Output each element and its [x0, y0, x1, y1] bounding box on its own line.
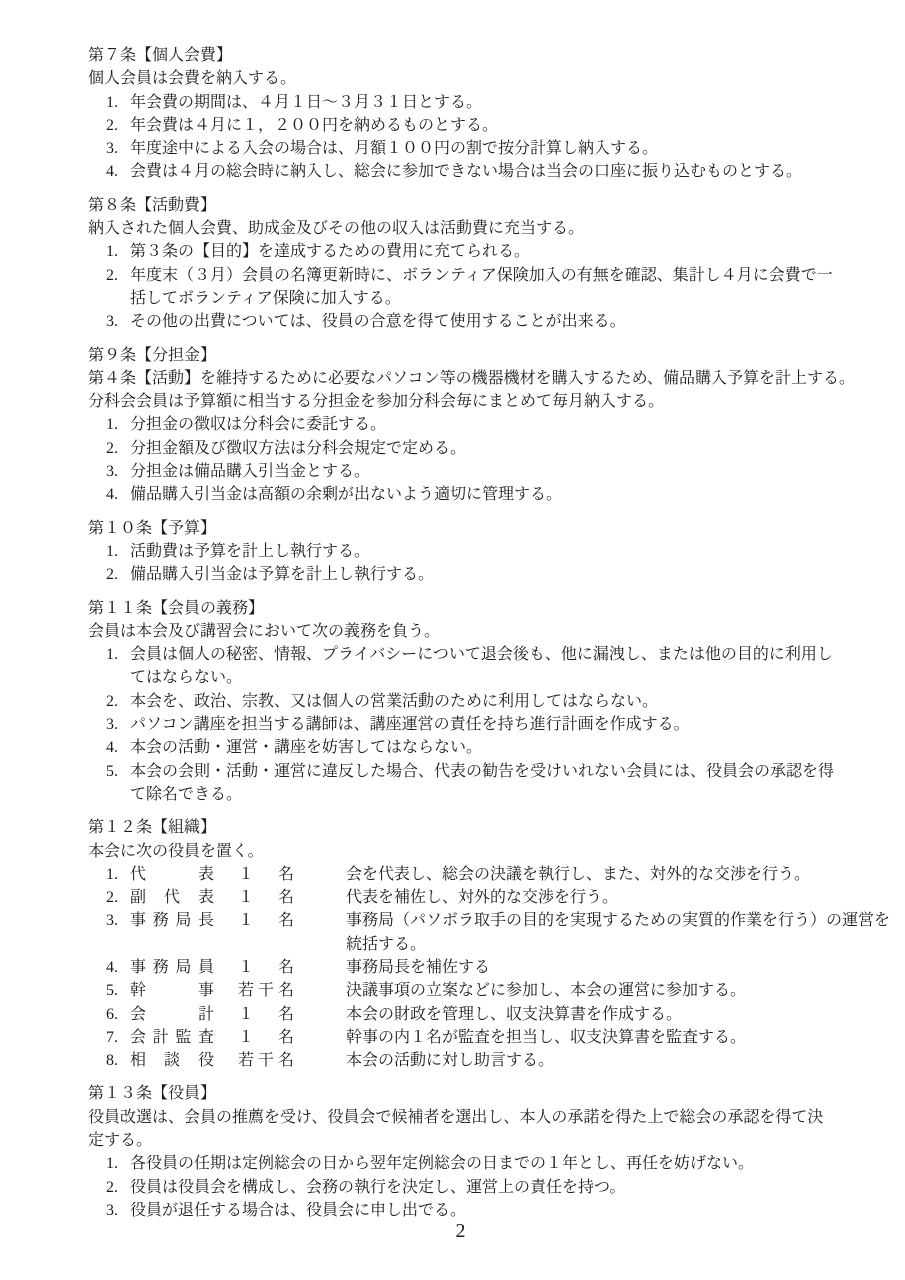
list-item: 2.役員は役員会を構成し、会務の執行を決定し、運営上の責任を持つ。 [88, 1176, 885, 1199]
item-number: 2. [106, 690, 130, 713]
item-text-line: 分担金額及び徴収方法は分科会規定で定める。 [130, 437, 885, 460]
role-count: １名 [238, 886, 294, 909]
list-item: 2.年度末（３月）会員の名簿更新時に、ボランティア保険加入の有無を確認、集計し４… [88, 264, 885, 311]
item-text-line: て除名できる。 [130, 783, 885, 806]
item-text-line: 備品購入引当金は予算を計上し執行する。 [130, 563, 885, 586]
item-number: 5. [106, 760, 130, 807]
list-item: 1.会員は個人の秘密、情報、プライバシーについて退会後も、他に漏洩し、または他の… [88, 643, 885, 690]
item-number: 1. [106, 240, 130, 263]
role-row: 3.事務局長１名事務局（パソボラ取手の目的を実現するための実質的作業を行う）の運… [88, 909, 885, 956]
item-body: 役員は役員会を構成し、会務の執行を決定し、運営上の責任を持つ。 [130, 1176, 885, 1199]
item-text-line: 本会を、政治、宗教、又は個人の営業活動のために利用してはならない。 [130, 690, 885, 713]
role-title: 事務局員 [130, 956, 214, 979]
role-row: 4.事務局員１名事務局長を補佐する [88, 956, 885, 979]
item-number: 1. [106, 863, 130, 886]
item-number: 4. [106, 956, 130, 979]
item-body: 本会の活動・運営・講座を妨害してはならない。 [130, 736, 885, 759]
item-text-line: パソコン講座を担当する講師は、講座運営の責任を持ち進行計画を作成する。 [130, 713, 885, 736]
article: 第１０条【予算】1.活動費は予算を計上し執行する。2.備品購入引当金は予算を計上… [88, 517, 885, 587]
role-count: １名 [238, 1003, 294, 1026]
item-body: 会費は４月の総会時に納入し、総会に参加できない場合は当会の口座に振り込むものとす… [130, 160, 885, 183]
item-text-line: 会費は４月の総会時に納入し、総会に参加できない場合は当会の口座に振り込むものとす… [130, 160, 885, 183]
role-row: 1.代表１名会を代表し、総会の決議を執行し、また、対外的な交渉を行う。 [88, 863, 885, 886]
article-heading: 第９条【分担金】 [88, 344, 885, 367]
article: 第１２条【組織】本会に次の役員を置く。1.代表１名会を代表し、総会の決議を執行し… [88, 816, 885, 1072]
item-text-line: 年会費は４月に１，２００円を納めるものとする。 [130, 114, 885, 137]
article: 第８条【活動費】納入された個人会費、助成金及びその他の収入は活動費に充当する。1… [88, 194, 885, 334]
article-intro-line: 会員は本会及び講習会において次の義務を負う。 [88, 620, 885, 643]
list-item: 3.その他の出費については、役員の合意を得て使用することが出来る。 [88, 310, 885, 333]
item-text-line: 備品購入引当金は高額の余剰が出ないよう適切に管理する。 [130, 483, 885, 506]
item-body: 年度途中による入会の場合は、月額１００円の割で按分計算し納入する。 [130, 137, 885, 160]
role-description: 事務局長を補佐する [346, 956, 885, 979]
item-number: 1. [106, 413, 130, 436]
role-title: 相談役 [130, 1049, 214, 1072]
item-text-line: その他の出費については、役員の合意を得て使用することが出来る。 [130, 310, 885, 333]
role-description-line: 本会の活動に対し助言する。 [346, 1049, 885, 1072]
item-text-line: 分担金の徴収は分科会に委託する。 [130, 413, 885, 436]
item-text-line: 本会の会則・活動・運営に違反した場合、代表の勧告を受けいれない会員には、役員会の… [130, 760, 885, 783]
role-title: 幹事 [130, 979, 214, 1002]
article-intro-line: 個人会員は会費を納入する。 [88, 67, 885, 90]
role-description-line: 統括する。 [346, 933, 885, 956]
role-description: 決議事項の立案などに参加し、本会の運営に参加する。 [346, 979, 885, 1002]
item-body: 備品購入引当金は予算を計上し執行する。 [130, 563, 885, 586]
role-count: １名 [238, 956, 294, 979]
role-count: １名 [238, 1026, 294, 1049]
article-intro-line: 納入された個人会費、助成金及びその他の収入は活動費に充当する。 [88, 217, 885, 240]
role-title: 副代表 [130, 886, 214, 909]
role-title: 会計監査 [130, 1026, 214, 1049]
role-count: １名 [238, 909, 294, 956]
item-body: 分担金の徴収は分科会に委託する。 [130, 413, 885, 436]
article-heading: 第７条【個人会費】 [88, 44, 885, 67]
item-number: 2. [106, 1176, 130, 1199]
role-row: 2.副代表１名代表を補佐し、対外的な交渉を行う。 [88, 886, 885, 909]
role-description-line: 事務局長を補佐する [346, 956, 885, 979]
item-number: 3. [106, 460, 130, 483]
item-body: 年会費は４月に１，２００円を納めるものとする。 [130, 114, 885, 137]
item-body: 会員は個人の秘密、情報、プライバシーについて退会後も、他に漏洩し、または他の目的… [130, 643, 885, 690]
list-item: 2.備品購入引当金は予算を計上し執行する。 [88, 563, 885, 586]
item-number: 4. [106, 483, 130, 506]
item-number: 1. [106, 91, 130, 114]
role-title: 事務局長 [130, 909, 214, 956]
list-item: 2.本会を、政治、宗教、又は個人の営業活動のために利用してはならない。 [88, 690, 885, 713]
articles-container: 第７条【個人会費】個人会員は会費を納入する。1.年会費の期間は、４月１日～３月３… [88, 44, 885, 1222]
item-text-line: てはならない。 [130, 666, 885, 689]
item-number: 3. [106, 137, 130, 160]
item-number: 1. [106, 1152, 130, 1175]
item-number: 2. [106, 264, 130, 311]
article: 第９条【分担金】第４条【活動】を維持するために必要なパソコン等の機器機材を購入す… [88, 344, 885, 507]
role-description: 幹事の内１名が監査を担当し、収支決算書を監査する。 [346, 1026, 885, 1049]
list-item: 3.パソコン講座を担当する講師は、講座運営の責任を持ち進行計画を作成する。 [88, 713, 885, 736]
item-body: 本会を、政治、宗教、又は個人の営業活動のために利用してはならない。 [130, 690, 885, 713]
role-row: 8.相談役若干名本会の活動に対し助言する。 [88, 1049, 885, 1072]
role-description-line: 決議事項の立案などに参加し、本会の運営に参加する。 [346, 979, 885, 1002]
item-text-line: 第３条の【目的】を達成するための費用に充てられる。 [130, 240, 885, 263]
item-text-line: 各役員の任期は定例総会の日から翌年定例総会の日までの１年とし、再任を妨げない。 [130, 1152, 885, 1175]
item-text-line: 分担金は備品購入引当金とする。 [130, 460, 885, 483]
role-description: 本会の活動に対し助言する。 [346, 1049, 885, 1072]
item-number: 2. [106, 886, 130, 909]
item-number: 4. [106, 736, 130, 759]
item-text-line: 括してボランティア保険に加入する。 [130, 287, 885, 310]
role-title: 会計 [130, 1003, 214, 1026]
item-text-line: 年会費の期間は、４月１日～３月３１日とする。 [130, 91, 885, 114]
article-intro-line: 分科会会員は予算額に相当する分担金を参加分科会毎にまとめて毎月納入する。 [88, 390, 885, 413]
item-number: 6. [106, 1003, 130, 1026]
role-title: 代表 [130, 863, 214, 886]
list-item: 4.会費は４月の総会時に納入し、総会に参加できない場合は当会の口座に振り込むもの… [88, 160, 885, 183]
item-number: 2. [106, 114, 130, 137]
role-description: 事務局（パソボラ取手の目的を実現するための実質的作業を行う）の運営を統括する。 [346, 909, 885, 956]
list-item: 1.年会費の期間は、４月１日～３月３１日とする。 [88, 91, 885, 114]
item-number: 8. [106, 1049, 130, 1072]
item-number: 2. [106, 563, 130, 586]
item-text-line: 活動費は予算を計上し執行する。 [130, 540, 885, 563]
item-text-line: 年度末（３月）会員の名簿更新時に、ボランティア保険加入の有無を確認、集計し４月に… [130, 264, 885, 287]
article-intro-line: 第４条【活動】を維持するために必要なパソコン等の機器機材を購入するため、備品購入… [88, 367, 885, 390]
item-number: 7. [106, 1026, 130, 1049]
role-description-line: 本会の財政を管理し、収支決算書を作成する。 [346, 1003, 885, 1026]
role-count: １名 [238, 863, 294, 886]
role-count: 若干名 [238, 979, 294, 1002]
item-body: 本会の会則・活動・運営に違反した場合、代表の勧告を受けいれない会員には、役員会の… [130, 760, 885, 807]
item-body: 年会費の期間は、４月１日～３月３１日とする。 [130, 91, 885, 114]
article-heading: 第８条【活動費】 [88, 194, 885, 217]
list-item: 1.分担金の徴収は分科会に委託する。 [88, 413, 885, 436]
article-intro-line: 役員改選は、会員の推薦を受け、役員会で候補者を選出し、本人の承諾を得た上で総会の… [88, 1106, 885, 1129]
role-row: 7.会計監査１名幹事の内１名が監査を担当し、収支決算書を監査する。 [88, 1026, 885, 1049]
article-heading: 第１１条【会員の義務】 [88, 597, 885, 620]
item-text-line: 本会の活動・運営・講座を妨害してはならない。 [130, 736, 885, 759]
item-body: その他の出費については、役員の合意を得て使用することが出来る。 [130, 310, 885, 333]
role-description-line: 代表を補佐し、対外的な交渉を行う。 [346, 886, 885, 909]
article-heading: 第１０条【予算】 [88, 517, 885, 540]
list-item: 3.年度途中による入会の場合は、月額１００円の割で按分計算し納入する。 [88, 137, 885, 160]
page-number: 2 [8, 1216, 905, 1246]
item-text-line: 年度途中による入会の場合は、月額１００円の割で按分計算し納入する。 [130, 137, 885, 160]
item-number: 5. [106, 979, 130, 1002]
role-description: 代表を補佐し、対外的な交渉を行う。 [346, 886, 885, 909]
role-description-line: 会を代表し、総会の決議を執行し、また、対外的な交渉を行う。 [346, 863, 885, 886]
item-body: 年度末（３月）会員の名簿更新時に、ボランティア保険加入の有無を確認、集計し４月に… [130, 264, 885, 311]
item-number: 1. [106, 540, 130, 563]
list-item: 1.第３条の【目的】を達成するための費用に充てられる。 [88, 240, 885, 263]
article-heading: 第１３条【役員】 [88, 1082, 885, 1105]
item-text-line: 会員は個人の秘密、情報、プライバシーについて退会後も、他に漏洩し、または他の目的… [130, 643, 885, 666]
list-item: 1.各役員の任期は定例総会の日から翌年定例総会の日までの１年とし、再任を妨げない… [88, 1152, 885, 1175]
article: 第１１条【会員の義務】会員は本会及び講習会において次の義務を負う。1.会員は個人… [88, 597, 885, 807]
item-number: 3. [106, 909, 130, 956]
list-item: 2.年会費は４月に１，２００円を納めるものとする。 [88, 114, 885, 137]
list-item: 4.備品購入引当金は高額の余剰が出ないよう適切に管理する。 [88, 483, 885, 506]
role-row: 5.幹事若干名決議事項の立案などに参加し、本会の運営に参加する。 [88, 979, 885, 1002]
item-number: 1. [106, 643, 130, 690]
article-intro-line: 本会に次の役員を置く。 [88, 840, 885, 863]
list-item: 2.分担金額及び徴収方法は分科会規定で定める。 [88, 437, 885, 460]
item-number: 3. [106, 713, 130, 736]
list-item: 3.分担金は備品購入引当金とする。 [88, 460, 885, 483]
item-body: 分担金は備品購入引当金とする。 [130, 460, 885, 483]
list-item: 5.本会の会則・活動・運営に違反した場合、代表の勧告を受けいれない会員には、役員… [88, 760, 885, 807]
item-number: 4. [106, 160, 130, 183]
role-description-line: 幹事の内１名が監査を担当し、収支決算書を監査する。 [346, 1026, 885, 1049]
article-intro-line: 定する。 [88, 1129, 885, 1152]
list-item: 1.活動費は予算を計上し執行する。 [88, 540, 885, 563]
item-text-line: 役員は役員会を構成し、会務の執行を決定し、運営上の責任を持つ。 [130, 1176, 885, 1199]
role-description: 本会の財政を管理し、収支決算書を作成する。 [346, 1003, 885, 1026]
item-number: 2. [106, 437, 130, 460]
item-body: 分担金額及び徴収方法は分科会規定で定める。 [130, 437, 885, 460]
article-heading: 第１２条【組織】 [88, 816, 885, 839]
document-page: 第７条【個人会費】個人会員は会費を納入する。1.年会費の期間は、４月１日～３月３… [0, 0, 905, 1280]
article: 第１３条【役員】役員改選は、会員の推薦を受け、役員会で候補者を選出し、本人の承諾… [88, 1082, 885, 1222]
item-number: 3. [106, 310, 130, 333]
item-body: 各役員の任期は定例総会の日から翌年定例総会の日までの１年とし、再任を妨げない。 [130, 1152, 885, 1175]
role-description: 会を代表し、総会の決議を執行し、また、対外的な交渉を行う。 [346, 863, 885, 886]
item-body: パソコン講座を担当する講師は、講座運営の責任を持ち進行計画を作成する。 [130, 713, 885, 736]
role-description-line: 事務局（パソボラ取手の目的を実現するための実質的作業を行う）の運営を [346, 909, 885, 932]
item-body: 活動費は予算を計上し執行する。 [130, 540, 885, 563]
role-count: 若干名 [238, 1049, 294, 1072]
list-item: 4.本会の活動・運営・講座を妨害してはならない。 [88, 736, 885, 759]
item-body: 第３条の【目的】を達成するための費用に充てられる。 [130, 240, 885, 263]
role-row: 6.会計１名本会の財政を管理し、収支決算書を作成する。 [88, 1003, 885, 1026]
item-body: 備品購入引当金は高額の余剰が出ないよう適切に管理する。 [130, 483, 885, 506]
article: 第７条【個人会費】個人会員は会費を納入する。1.年会費の期間は、４月１日～３月３… [88, 44, 885, 184]
